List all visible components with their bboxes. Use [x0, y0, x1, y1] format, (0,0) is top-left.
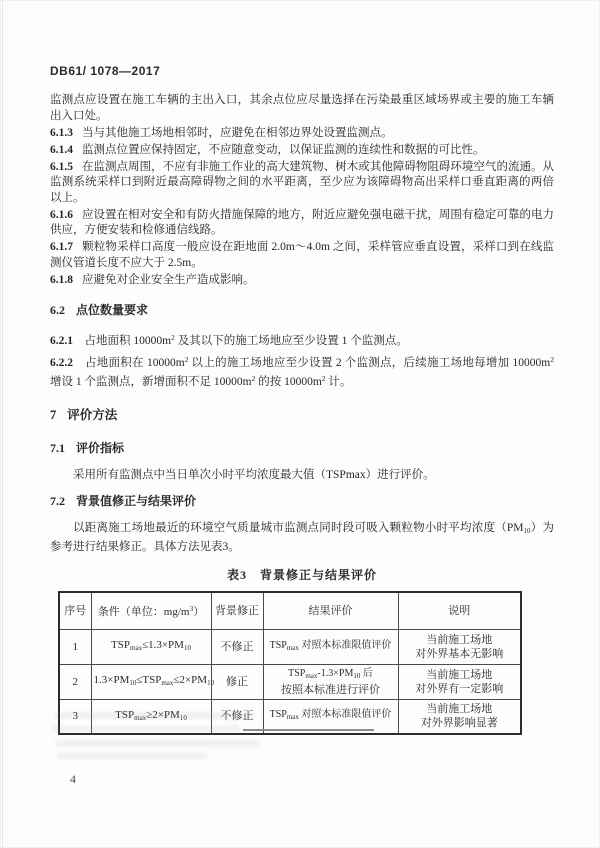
clause-text: 颗粒物采样口高度一般应设在距地面 2.0m～4.0m 之间，采样管应垂直设置，采…	[50, 241, 554, 269]
note-line-2: 对外界有一定影响	[401, 682, 519, 696]
bleed-through-artifact	[55, 712, 255, 719]
clause-text: 监测点位置应保持固定，不应随意变动，以保证监测的连续性和数据的可比性。	[82, 144, 485, 156]
clause-number: 6.1.5	[50, 161, 73, 173]
col-header-correction: 背景修正	[211, 592, 263, 629]
clause-6-1-5: 6.1.5在监测点周围，不应有非施工作业的高大建筑物、树木或其他障碍物阻碍环境空…	[50, 160, 554, 207]
cell-result: TSPmax 对照本标准限值评价	[263, 629, 398, 664]
cell-condition: TSPmax≤1.3×PM10	[91, 629, 211, 664]
intro-paragraph: 监测点应设置在施工车辆的主出入口，其余点位应尽量选择在污染最重区域场界或主要的施…	[50, 93, 554, 124]
heading-7-1: 7.1评价指标	[50, 439, 554, 456]
heading-number: 7.2	[50, 494, 65, 508]
clause-text: 在监测点周围，不应有非施工作业的高大建筑物、树木或其他障碍物阻碍环境空气的流通。…	[50, 161, 554, 204]
clause-6-1-3: 6.1.3当与其他施工场地相邻时，应避免在相邻边界处设置监测点。	[50, 126, 554, 142]
heading-title: 评价指标	[76, 441, 124, 455]
cell-correction: 修正	[211, 664, 263, 699]
heading-title: 评价方法	[67, 408, 117, 422]
clause-text: 应设置在相对安全和有防火措施保障的地方，附近应避免强电磁干扰，周围有稳定可靠的电…	[50, 209, 554, 237]
cell-no: 1	[59, 629, 91, 664]
standard-number-header: DB61/ 1078—2017	[50, 64, 554, 78]
bleed-through-artifact	[55, 740, 260, 747]
clause-text: 应避免对企业安全生产造成影响。	[82, 274, 255, 286]
bleed-through-artifact	[58, 753, 208, 759]
heading-number: 7.1	[50, 441, 65, 455]
clause-number: 6.1.3	[50, 127, 73, 139]
clause-number: 6.1.4	[50, 144, 73, 156]
table-3-title: 表3 背景修正与结果评价	[50, 566, 554, 583]
col-header-note: 说明	[398, 592, 521, 629]
clause-number: 6.1.8	[50, 274, 73, 286]
note-line-1: 当前施工场地	[401, 668, 519, 682]
note-line-2: 对外界基本无影响	[401, 647, 519, 661]
heading-7: 7评价方法	[50, 405, 554, 423]
table-header-row: 序号 条件（单位：mg/m3） 背景修正 结果评价 说明	[59, 592, 521, 629]
heading-title: 点位数量要求	[76, 303, 148, 317]
result-line-1: TSPmax 对照本标准限值评价	[266, 708, 396, 724]
table-row: 1 TSPmax≤1.3×PM10 不修正 TSPmax 对照本标准限值评价 当…	[59, 629, 521, 664]
clause-6-1-8: 6.1.8应避免对企业安全生产造成影响。	[50, 273, 554, 289]
heading-7-2: 7.2背景值修正与结果评价	[50, 492, 554, 509]
clause-6-1-6: 6.1.6应设置在相对安全和有防火措施保障的地方，附近应避免强电磁干扰，周围有稳…	[50, 208, 554, 239]
document-page: DB61/ 1078—2017 监测点应设置在施工车辆的主出入口，其余点位应尽量…	[0, 0, 600, 848]
cell-no: 2	[59, 664, 91, 699]
col-header-no: 序号	[59, 592, 91, 629]
cell-condition: 1.3×PM10≤TSPmax≤2×PM10	[91, 664, 211, 699]
paragraph-7-2: 以距离施工场地最近的环境空气质量城市监测点同时段可吸入颗粒物小时平均浓度（PM1…	[50, 521, 554, 555]
clause-text: 当与其他施工场地相邻时，应避免在相邻边界处设置监测点。	[82, 127, 393, 139]
document-body: DB61/ 1078—2017 监测点应设置在施工车辆的主出入口，其余点位应尽量…	[50, 0, 554, 735]
note-line-2: 对外界影响显著	[401, 716, 519, 730]
clause-6-2-2: 6.2.2 占地面积在 10000m2 以上的施工场地应至少设置 2 个监测点，…	[50, 352, 554, 391]
table-row: 2 1.3×PM10≤TSPmax≤2×PM10 修正 TSPmax-1.3×P…	[59, 664, 521, 699]
heading-title: 背景值修正与结果评价	[76, 494, 196, 508]
clause-6-1-7: 6.1.7颗粒物采样口高度一般应设在距地面 2.0m～4.0m 之间，采样管应垂…	[50, 240, 554, 271]
result-line-1: TSPmax 对照本标准限值评价	[266, 639, 396, 655]
footnote-rule	[243, 729, 374, 731]
cell-result: TSPmax-1.3×PM10 后按照本标准进行评价	[263, 664, 398, 699]
cell-note: 当前施工场地对外界有一定影响	[398, 664, 521, 699]
col-header-condition: 条件（单位：mg/m3）	[91, 592, 211, 629]
bleed-through-artifact	[52, 726, 240, 732]
clause-number: 6.1.7	[50, 241, 73, 253]
heading-6-2: 6.2点位数量要求	[50, 301, 554, 318]
page-number: 4	[70, 772, 76, 787]
col-header-result: 结果评价	[263, 592, 398, 629]
cell-note: 当前施工场地对外界基本无影响	[398, 629, 521, 664]
heading-number: 7	[50, 408, 56, 422]
paragraph-7-1: 采用所有监测点中当日单次小时平均浓度最大值（TSPmax）进行评价。	[50, 468, 554, 484]
result-line-1: TSPmax-1.3×PM10 后	[266, 667, 396, 683]
result-line-2: 按照本标准进行评价	[266, 683, 396, 697]
cell-note: 当前施工场地对外界影响显著	[398, 699, 521, 734]
clause-number: 6.1.6	[50, 209, 73, 221]
heading-number: 6.2	[50, 303, 65, 317]
cell-correction: 不修正	[211, 629, 263, 664]
note-line-1: 当前施工场地	[401, 633, 519, 647]
scan-edge-artifact	[2, 0, 3, 848]
note-line-1: 当前施工场地	[401, 702, 519, 716]
clause-6-1-4: 6.1.4监测点位置应保持固定，不应随意变动，以保证监测的连续性和数据的可比性。	[50, 143, 554, 159]
clause-6-2-1: 6.2.1 占地面积 10000m2 及其以下的施工场地应至少设置 1 个监测点…	[50, 330, 554, 350]
